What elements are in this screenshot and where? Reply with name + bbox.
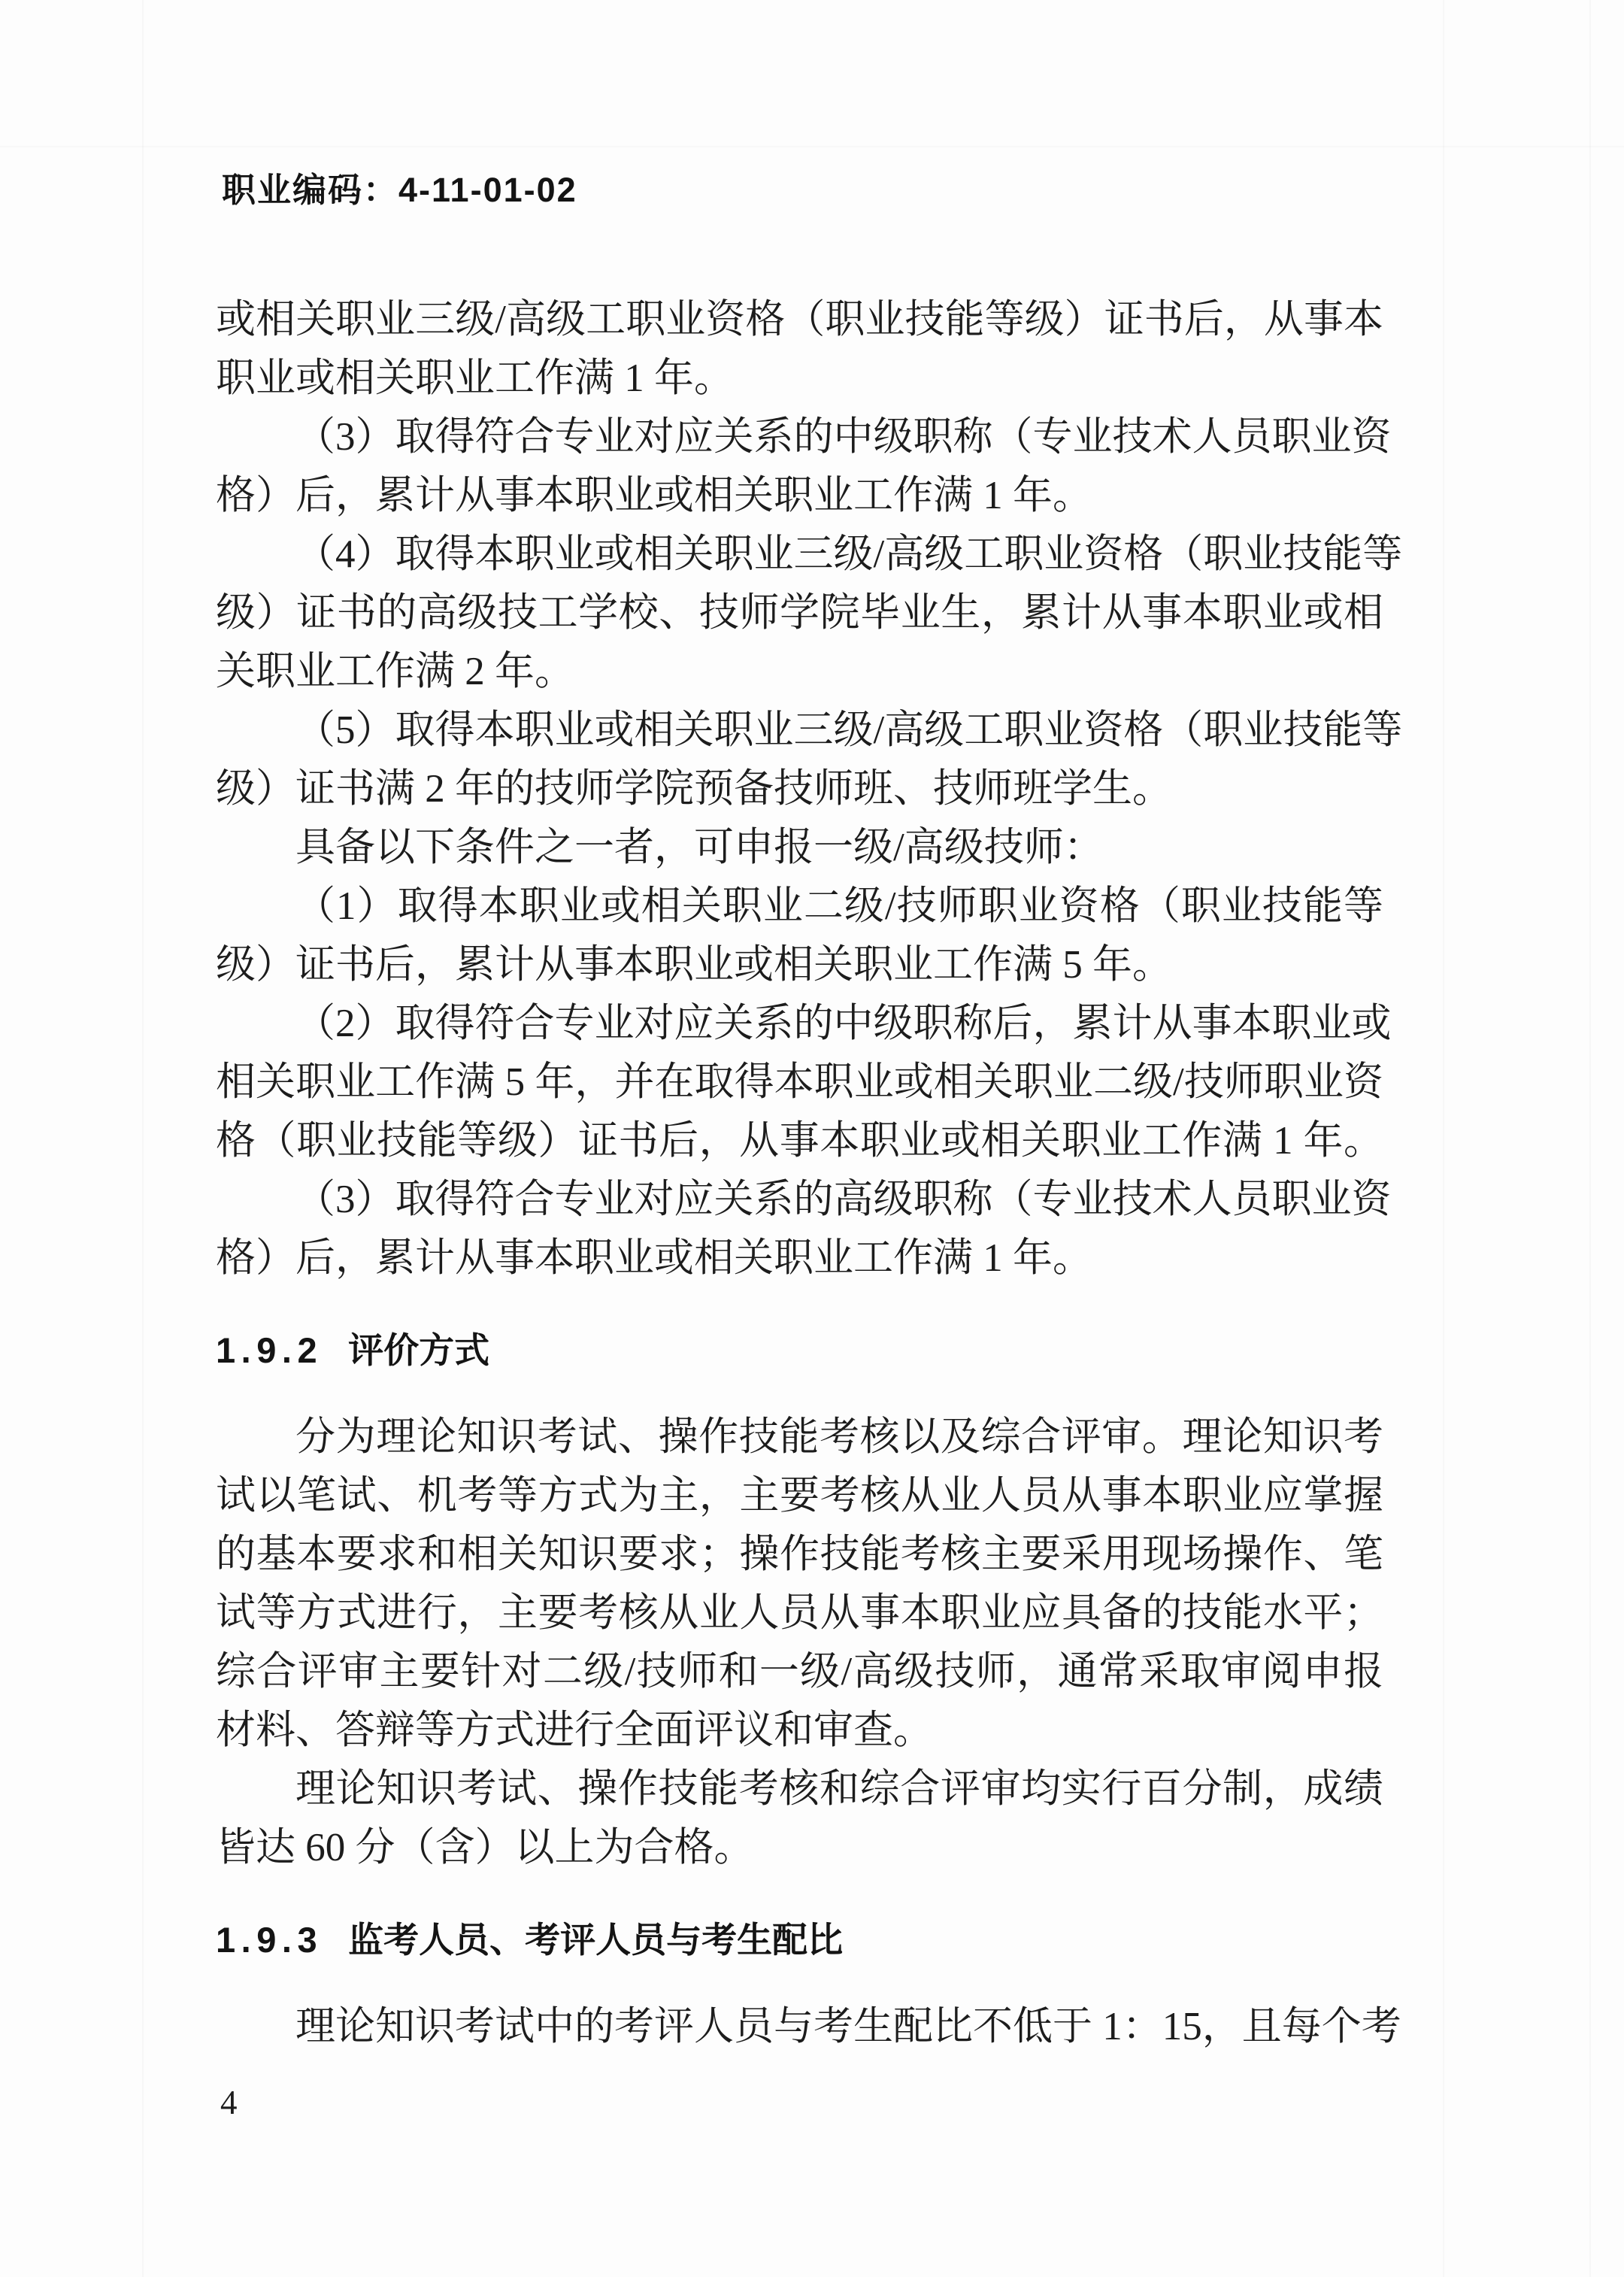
body-text-line: （5）取得本职业或相关职业三级/高级工职业资格（职业技能等 bbox=[216, 701, 1383, 760]
body-text-line: 或相关职业三级/高级工职业资格（职业技能等级）证书后，从事本 bbox=[216, 290, 1383, 349]
section-heading-1-9-3: 1.9.3监考人员、考评人员与考生配比 bbox=[216, 1911, 1383, 1969]
scan-artifact-line bbox=[0, 146, 1624, 147]
section-title: 评价方式 bbox=[348, 1330, 489, 1370]
body-text-line: （2）取得符合专业对应关系的中级职称后，累计从事本职业或 bbox=[216, 994, 1383, 1053]
body-text-line: 级）证书满 2 年的技师学院预备技师班、技师班学生。 bbox=[216, 760, 1383, 818]
body-text-line: 的基本要求和相关知识要求；操作技能考核主要采用现场操作、笔 bbox=[216, 1525, 1383, 1584]
body-text-line: （3）取得符合专业对应关系的高级职称（专业技术人员职业资 bbox=[216, 1170, 1383, 1229]
scan-artifact-line bbox=[142, 0, 144, 2277]
body-text-line: 格）后，累计从事本职业或相关职业工作满 1 年。 bbox=[216, 1229, 1383, 1287]
body-text-line: （1）取得本职业或相关职业二级/技师职业资格（职业技能等 bbox=[216, 877, 1383, 935]
body-text-line: 材料、答辩等方式进行全面评议和审查。 bbox=[216, 1701, 1383, 1760]
body-text-line: 格（职业技能等级）证书后，从事本职业或相关职业工作满 1 年。 bbox=[216, 1111, 1383, 1170]
body-text-line: 具备以下条件之一者，可申报一级/高级技师： bbox=[216, 818, 1383, 877]
body-text-line: 理论知识考试中的考评人员与考生配比不低于 1：15，且每个考 bbox=[216, 1997, 1383, 2056]
body-text-line: 综合评审主要针对二级/技师和一级/高级技师，通常采取审阅申报 bbox=[216, 1642, 1383, 1701]
body-text-line: （4）取得本职业或相关职业三级/高级工职业资格（职业技能等 bbox=[216, 525, 1383, 584]
section-title: 监考人员、考评人员与考生配比 bbox=[348, 1920, 843, 1960]
document-page: 职业编码：4-11-01-02 或相关职业三级/高级工职业资格（职业技能等级）证… bbox=[0, 0, 1624, 2277]
body-text-line: 级）证书后，累计从事本职业或相关职业工作满 5 年。 bbox=[216, 935, 1383, 994]
body-text-line: （3）取得符合专业对应关系的中级职称（专业技术人员职业资 bbox=[216, 408, 1383, 466]
scan-artifact-line bbox=[1443, 0, 1444, 2277]
body-text-line: 关职业工作满 2 年。 bbox=[216, 642, 1383, 701]
body-text-line: 皆达 60 分（含）以上为合格。 bbox=[216, 1818, 1383, 1877]
body-text-line: 理论知识考试、操作技能考核和综合评审均实行百分制，成绩 bbox=[216, 1760, 1383, 1818]
body-text-line: 职业或相关职业工作满 1 年。 bbox=[216, 349, 1383, 408]
page-number: 4 bbox=[220, 2081, 238, 2124]
document-body: 或相关职业三级/高级工职业资格（职业技能等级）证书后，从事本 职业或相关职业工作… bbox=[216, 290, 1383, 2056]
body-text-line: 试等方式进行，主要考核从业人员从事本职业应具备的技能水平； bbox=[216, 1584, 1383, 1642]
body-text-line: 级）证书的高级技工学校、技师学院毕业生，累计从事本职业或相 bbox=[216, 584, 1383, 642]
section-number: 1.9.3 bbox=[216, 1920, 348, 1960]
body-text-line: 相关职业工作满 5 年，并在取得本职业或相关职业二级/技师职业资 bbox=[216, 1053, 1383, 1111]
section-heading-1-9-2: 1.9.2评价方式 bbox=[216, 1321, 1383, 1380]
body-text-line: 试以笔试、机考等方式为主，主要考核从业人员从事本职业应掌握 bbox=[216, 1466, 1383, 1525]
doc-code-header: 职业编码：4-11-01-02 bbox=[222, 162, 577, 211]
scan-artifact-line bbox=[1589, 0, 1591, 2277]
section-number: 1.9.2 bbox=[216, 1330, 348, 1370]
body-text-line: 格）后，累计从事本职业或相关职业工作满 1 年。 bbox=[216, 466, 1383, 525]
body-text-line: 分为理论知识考试、操作技能考核以及综合评审。理论知识考 bbox=[216, 1408, 1383, 1466]
